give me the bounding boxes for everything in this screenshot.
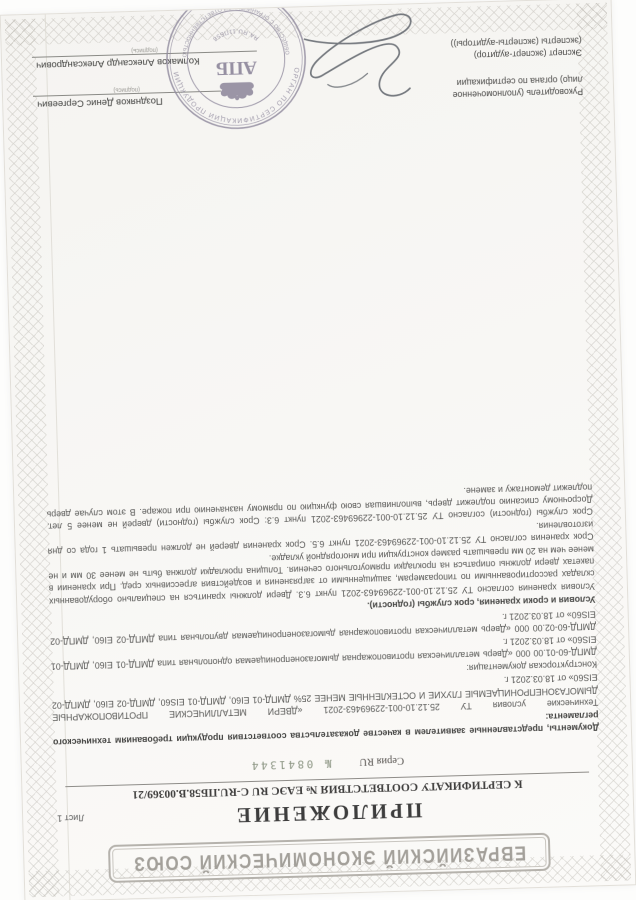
stamp-emblem-icon — [220, 82, 254, 101]
expert-label: Эксперт (эксперт-аудитор) (эксперты (экс… — [450, 34, 582, 60]
round-stamp-icon: ОРГАН ПО СЕРТИФИКАЦИИ ПРОДУКЦИИ ОБЩЕСТВО… — [161, 0, 311, 134]
head-of-body-label: Руководитель (уполномоченное лицо) орган… — [452, 73, 583, 99]
svg-text:RA.RU.11ПБ58: RA.RU.11ПБ58 — [211, 27, 261, 42]
stamp-accreditation-number: RA.RU.11ПБ58 — [211, 27, 261, 42]
sheet-number-label: Лист 1 — [57, 813, 84, 824]
handwritten-signature-icon — [296, 6, 429, 106]
certificate-sheet: ЕВРАЗИЙСКИЙ ЭКОНОМИЧЕСКИЙ СОЮЗ ПРИЛОЖЕНИ… — [0, 0, 636, 900]
stamp-center-text: АПБ — [215, 56, 257, 78]
scanned-page-background: ЕВРАЗИЙСКИЙ ЭКОНОМИЧЕСКИЙ СОЮЗ ПРИЛОЖЕНИ… — [0, 0, 636, 900]
certificate-content: ЕВРАЗИЙСКИЙ ЭКОНОМИЧЕСКИЙ СОЮЗ ПРИЛОЖЕНИ… — [1, 0, 636, 900]
eaeu-header-banner: ЕВРАЗИЙСКИЙ ЭКОНОМИЧЕСКИЙ СОЮЗ — [108, 833, 551, 883]
series-number: № 0841344 — [249, 757, 331, 772]
document-body: Документы, представленные заявителем в к… — [46, 481, 599, 749]
eaeu-banner-text: ЕВРАЗИЙСКИЙ ЭКОНОМИЧЕСКИЙ СОЮЗ — [132, 841, 526, 876]
series-label: Серия RU — [359, 755, 404, 767]
